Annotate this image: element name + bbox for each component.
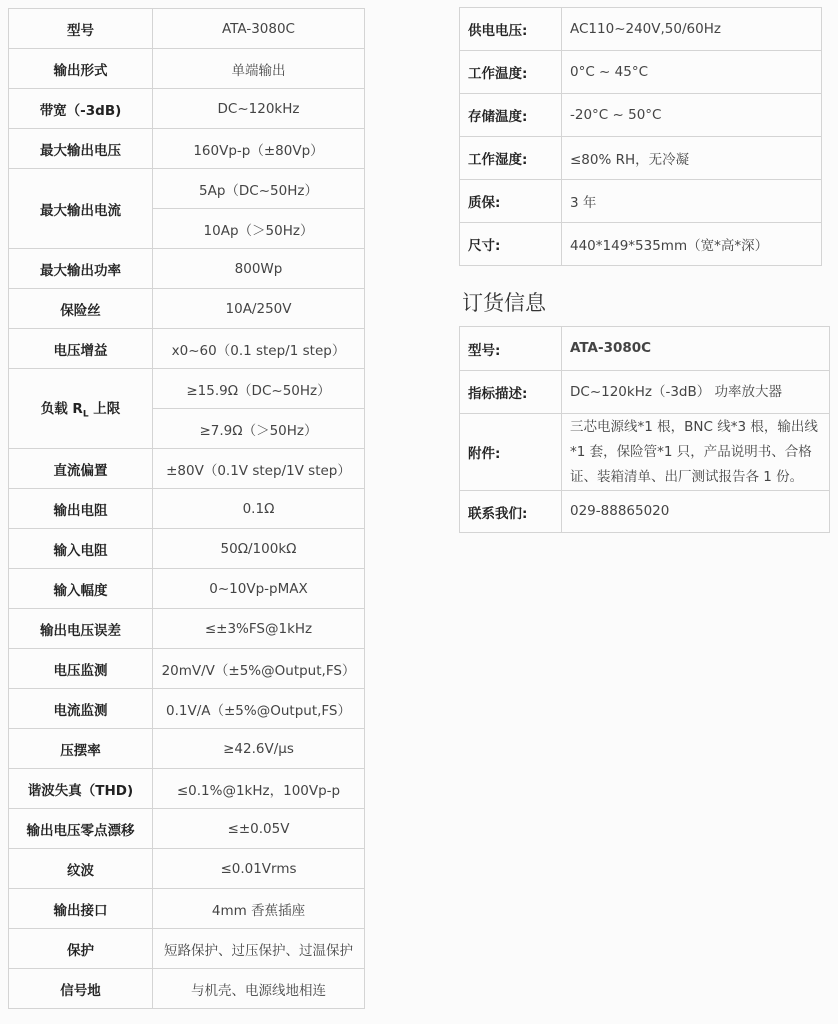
order-label: 型号: <box>460 327 562 371</box>
env-label: 工作温度: <box>460 51 562 94</box>
spec-value: ATA-3080C <box>153 9 365 49</box>
env-label: 工作湿度: <box>460 137 562 180</box>
spec-label: 输出电压零点漂移 <box>9 809 153 849</box>
spec-value: 4mm 香蕉插座 <box>153 889 365 929</box>
spec-value: ±80V（0.1V step/1V step） <box>153 449 365 489</box>
env-label: 质保: <box>460 180 562 223</box>
spec-value: ≤0.1%@1kHz，100Vp-p <box>153 769 365 809</box>
load-label-prefix: 负载 R <box>41 401 83 417</box>
table-row: 附件:三芯电源线*1 根，BNC 线*3 根，输出线*1 套，保险管*1 只，产… <box>460 414 830 491</box>
env-value: ≤80% RH，无冷凝 <box>562 137 822 180</box>
table-row: 指标描述:DC~120kHz（-3dB） 功率放大器 <box>460 371 830 414</box>
table-row: 谐波失真（THD)≤0.1%@1kHz，100Vp-p <box>9 769 365 809</box>
table-row: 输出电压零点漂移≤±0.05V <box>9 809 365 849</box>
order-value-contact: 029-88865020 <box>562 491 830 533</box>
table-row: 最大输出功率800Wp <box>9 249 365 289</box>
table-row: 负载 RL 上限 ≥15.9Ω（DC~50Hz） <box>9 369 365 409</box>
spec-value: 160Vp-p（±80Vp） <box>153 129 365 169</box>
env-value: 0°C ~ 45°C <box>562 51 822 94</box>
spec-label: 谐波失真（THD) <box>9 769 153 809</box>
spec-value: 50Ω/100kΩ <box>153 529 365 569</box>
order-value: 三芯电源线*1 根，BNC 线*3 根，输出线*1 套，保险管*1 只，产品说明… <box>562 414 830 491</box>
order-label: 附件: <box>460 414 562 491</box>
spec-value: ≥7.9Ω（＞50Hz） <box>153 409 365 449</box>
spec-value: 5Ap（DC~50Hz） <box>153 169 365 209</box>
spec-label: 输入幅度 <box>9 569 153 609</box>
spec-label: 带宽（-3dB) <box>9 89 153 129</box>
table-row: 保护短路保护、过压保护、过温保护 <box>9 929 365 969</box>
spec-label: 电压监测 <box>9 649 153 689</box>
spec-value: ≥15.9Ω（DC~50Hz） <box>153 369 365 409</box>
table-row: 压摆率≥42.6V/μs <box>9 729 365 769</box>
table-row: 信号地与机壳、电源线地相连 <box>9 969 365 1009</box>
spec-value: 0~10Vp-pMAX <box>153 569 365 609</box>
table-row: 型号:ATA-3080C <box>460 327 830 371</box>
spec-value: 单端输出 <box>153 49 365 89</box>
spec-label: 型号 <box>9 9 153 49</box>
env-label: 存储温度: <box>460 94 562 137</box>
env-label: 供电电压: <box>460 8 562 51</box>
spec-value: 0.1Ω <box>153 489 365 529</box>
spec-value: 短路保护、过压保护、过温保护 <box>153 929 365 969</box>
spec-label: 输出形式 <box>9 49 153 89</box>
env-value: 3 年 <box>562 180 822 223</box>
spec-label: 保护 <box>9 929 153 969</box>
spec-label: 最大输出功率 <box>9 249 153 289</box>
spec-value: x0~60（0.1 step/1 step） <box>153 329 365 369</box>
table-row: 质保:3 年 <box>460 180 822 223</box>
spec-value: 0.1V/A（±5%@Output,FS） <box>153 689 365 729</box>
spec-label: 信号地 <box>9 969 153 1009</box>
table-row: 纹波≤0.01Vrms <box>9 849 365 889</box>
order-info-heading: 订货信息 <box>462 287 546 317</box>
table-row: 最大输出电压160Vp-p（±80Vp） <box>9 129 365 169</box>
spec-label: 电压增益 <box>9 329 153 369</box>
spec-value: ≤±0.05V <box>153 809 365 849</box>
spec-value: ≤0.01Vrms <box>153 849 365 889</box>
spec-label: 输入电阻 <box>9 529 153 569</box>
env-label: 尺寸: <box>460 223 562 266</box>
spec-label: 纹波 <box>9 849 153 889</box>
table-row: 输出电压误差≤±3%FS@1kHz <box>9 609 365 649</box>
order-value-model: ATA-3080C <box>562 327 830 371</box>
spec-label: 最大输出电压 <box>9 129 153 169</box>
table-row: 工作湿度:≤80% RH，无冷凝 <box>460 137 822 180</box>
spec-label: 直流偏置 <box>9 449 153 489</box>
spec-value: ≥42.6V/μs <box>153 729 365 769</box>
load-label-suffix: 上限 <box>89 401 121 417</box>
table-row: 直流偏置±80V（0.1V step/1V step） <box>9 449 365 489</box>
spec-label: 电流监测 <box>9 689 153 729</box>
table-row: 供电电压:AC110~240V,50/60Hz <box>460 8 822 51</box>
table-row: 型号ATA-3080C <box>9 9 365 49</box>
table-row: 输入电阻50Ω/100kΩ <box>9 529 365 569</box>
table-row: 工作温度:0°C ~ 45°C <box>460 51 822 94</box>
table-row: 电流监测0.1V/A（±5%@Output,FS） <box>9 689 365 729</box>
spec-label-load: 负载 RL 上限 <box>9 369 153 449</box>
spec-value: 与机壳、电源线地相连 <box>153 969 365 1009</box>
spec-label: 压摆率 <box>9 729 153 769</box>
table-row: 保险丝10A/250V <box>9 289 365 329</box>
table-row: 输入幅度0~10Vp-pMAX <box>9 569 365 609</box>
spec-value: 10Ap（＞50Hz） <box>153 209 365 249</box>
table-row: 带宽（-3dB)DC~120kHz <box>9 89 365 129</box>
table-row: 输出形式单端输出 <box>9 49 365 89</box>
table-row: 输出接口4mm 香蕉插座 <box>9 889 365 929</box>
order-info-table: 型号:ATA-3080C 指标描述:DC~120kHz（-3dB） 功率放大器 … <box>459 326 830 533</box>
spec-value: 800Wp <box>153 249 365 289</box>
env-value: AC110~240V,50/60Hz <box>562 8 822 51</box>
order-value: DC~120kHz（-3dB） 功率放大器 <box>562 371 830 414</box>
spec-label: 输出电压误差 <box>9 609 153 649</box>
table-row: 电压增益x0~60（0.1 step/1 step） <box>9 329 365 369</box>
spec-value: DC~120kHz <box>153 89 365 129</box>
spec-table: 型号ATA-3080C 输出形式单端输出 带宽（-3dB)DC~120kHz 最… <box>8 8 365 1009</box>
spec-label: 最大输出电流 <box>9 169 153 249</box>
order-label: 指标描述: <box>460 371 562 414</box>
table-row: 最大输出电流5Ap（DC~50Hz） <box>9 169 365 209</box>
env-value: 440*149*535mm（宽*高*深） <box>562 223 822 266</box>
table-row: 电压监测20mV/V（±5%@Output,FS） <box>9 649 365 689</box>
spec-label: 输出接口 <box>9 889 153 929</box>
order-label: 联系我们: <box>460 491 562 533</box>
spec-label: 输出电阻 <box>9 489 153 529</box>
table-row: 存储温度:-20°C ~ 50°C <box>460 94 822 137</box>
table-row: 输出电阻0.1Ω <box>9 489 365 529</box>
table-row: 尺寸:440*149*535mm（宽*高*深） <box>460 223 822 266</box>
spec-value: 10A/250V <box>153 289 365 329</box>
environment-table: 供电电压:AC110~240V,50/60Hz 工作温度:0°C ~ 45°C … <box>459 7 822 266</box>
spec-value: 20mV/V（±5%@Output,FS） <box>153 649 365 689</box>
table-row: 联系我们:029-88865020 <box>460 491 830 533</box>
spec-label: 保险丝 <box>9 289 153 329</box>
env-value: -20°C ~ 50°C <box>562 94 822 137</box>
spec-value: ≤±3%FS@1kHz <box>153 609 365 649</box>
